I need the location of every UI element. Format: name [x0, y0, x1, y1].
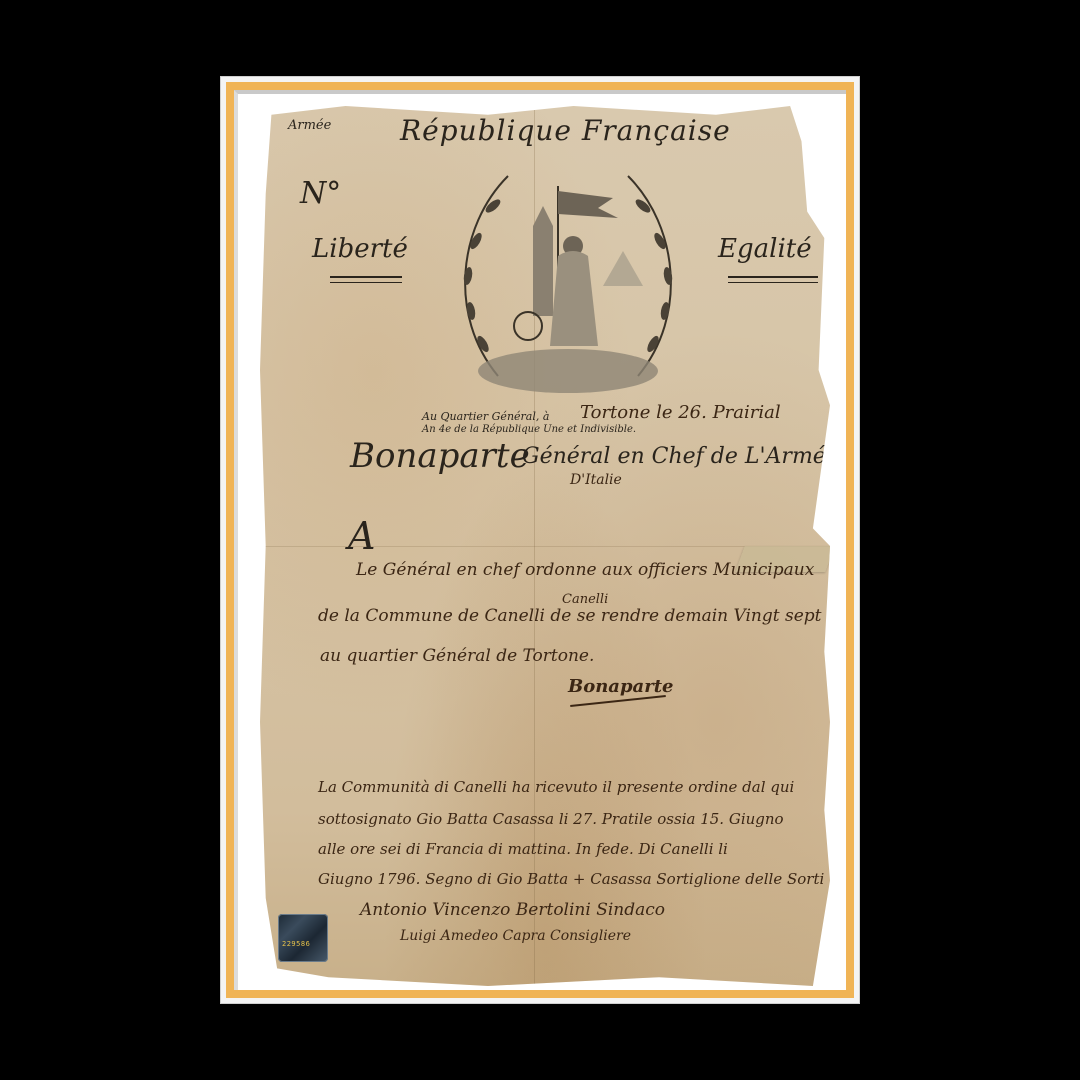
order-line-1: Le Général en chef ordonne aux officiers…: [356, 560, 814, 580]
issuer-name: Bonaparte: [350, 436, 530, 476]
salutation: A: [348, 514, 375, 558]
dateline-place-date: Tortone le 26. Prairial: [580, 402, 781, 423]
republic-vignette-engraving: [438, 146, 698, 406]
issuer-title-cont: D'Italie: [570, 472, 622, 488]
number-label: N°: [300, 176, 341, 211]
manuscript-paper: Armée République Française N° Liberté Eg…: [260, 106, 830, 986]
italian-note-line-2: sottosignato Gio Batta Casassa li 27. Pr…: [318, 810, 784, 828]
italian-note-line-3: alle ore sei di Francia di mattina. In f…: [318, 840, 728, 858]
italian-note-signature-2: Luigi Amedeo Capra Consigliere: [400, 928, 631, 944]
order-line-3: au quartier Général de Tortone.: [320, 646, 594, 666]
motto-underline-left: [330, 276, 402, 283]
republic-title: République Française: [400, 114, 731, 147]
white-mat: Armée République Française N° Liberté Eg…: [234, 90, 846, 990]
order-line-2: de la Commune de Canelli de se rendre de…: [318, 606, 822, 626]
italian-note-signature-1: Antonio Vincenzo Bertolini Sindaco: [360, 900, 665, 920]
motto-egalite: Egalité: [718, 234, 812, 264]
italian-note-line-1: La Communità di Canelli ha ricevuto il p…: [318, 778, 794, 796]
armee-label: Armée: [288, 118, 331, 133]
dateline-printed-1: Au Quartier Général, à: [422, 410, 549, 423]
dateline-printed-2: An 4e de la République Une et Indivisibl…: [422, 424, 636, 435]
issuer-title: Général en Chef de L'Armée: [522, 444, 839, 469]
motto-underline-right: [728, 276, 818, 283]
bonaparte-signature: Bonaparte: [568, 676, 673, 697]
picture-frame: Armée République Française N° Liberté Eg…: [220, 76, 860, 1004]
hologram-code: 229586: [282, 940, 310, 948]
motto-liberte: Liberté: [312, 234, 408, 264]
italian-note-line-4: Giugno 1796. Segno di Gio Batta + Casass…: [318, 870, 824, 888]
gold-frame-border: Armée République Française N° Liberté Eg…: [226, 82, 854, 998]
authentication-hologram-sticker: 229586: [278, 914, 328, 962]
order-insert-word: Canelli: [562, 592, 608, 607]
